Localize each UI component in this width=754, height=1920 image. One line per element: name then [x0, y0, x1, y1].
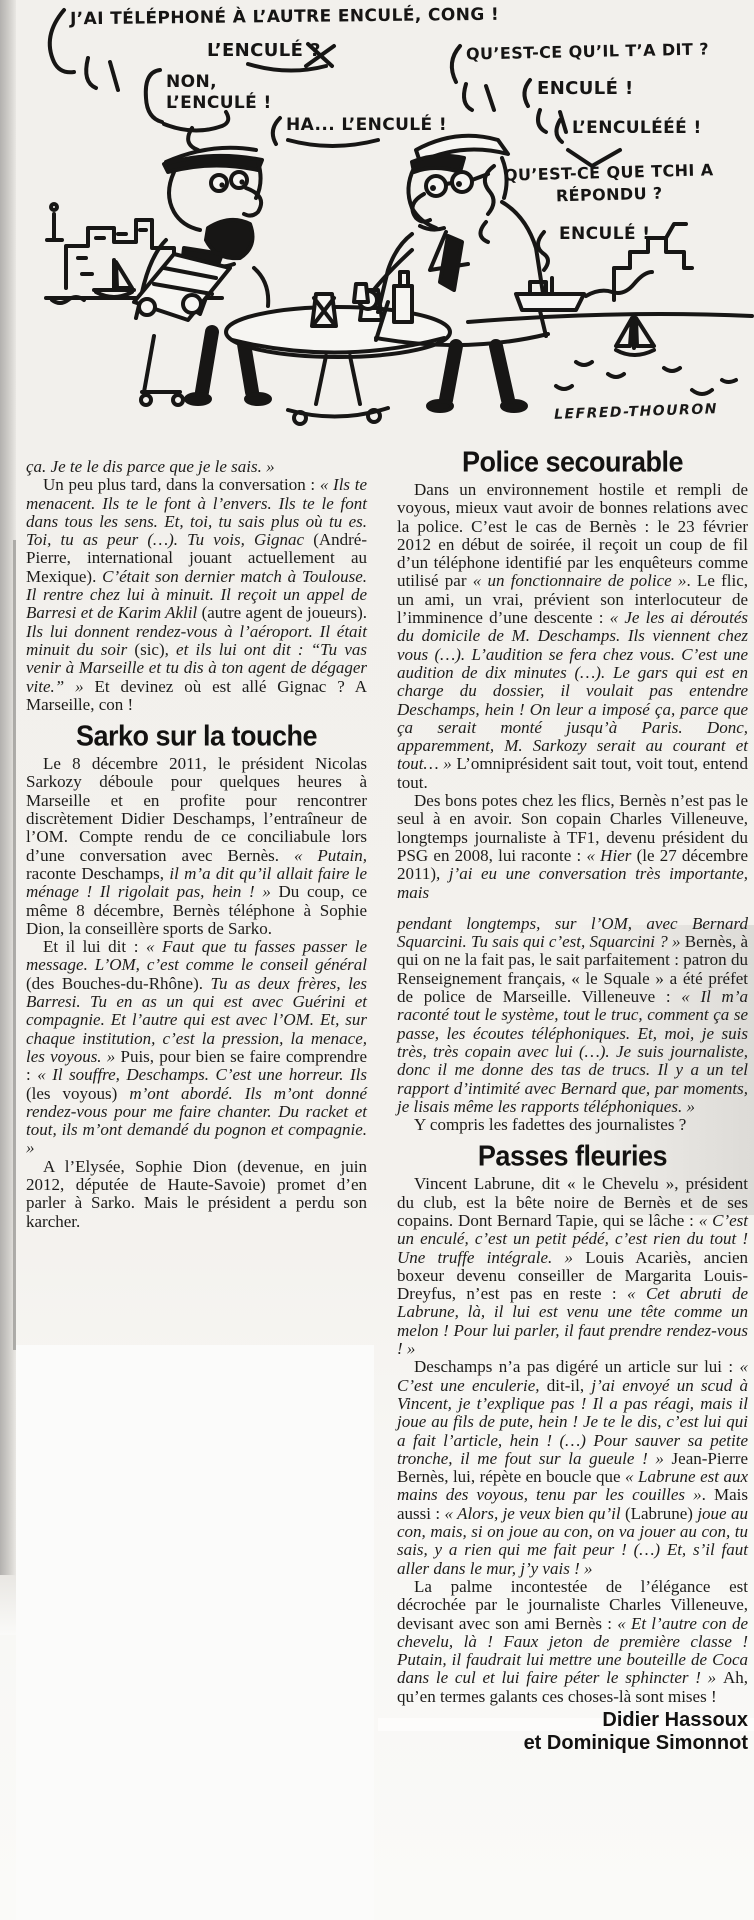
speech-bubble: L’ENCULÉÉÉ ! — [572, 118, 702, 138]
text-segment: « Il m’a raconté tout le système, tout l… — [397, 987, 748, 1116]
text-segment: « Alors, je veux bien qu’il — [445, 1504, 625, 1523]
harbor-right — [468, 224, 752, 394]
text-segment: A l’Elysée, Sophie Dion (devenue, en jui… — [26, 1157, 367, 1231]
text-segment: « un fonctionnaire de police » — [473, 571, 687, 590]
left-column: ça. Je te le dis parce que je le sais. »… — [26, 458, 367, 1231]
speech-bubble: L’ENCULÉ ? — [207, 40, 321, 61]
text-segment: raconte Deschamps, — [26, 864, 169, 883]
speech-bubble: HA... L’ENCULÉ ! — [286, 115, 447, 135]
text-segment: (autre agent de joueurs). — [202, 603, 367, 622]
article-paragraph: Le 8 décembre 2011, le président Nicolas… — [26, 755, 367, 938]
text-segment: Un peu plus tard, dans la conversation : — [43, 475, 320, 494]
article-paragraph: ça. Je te le dis parce que je le sais. » — [26, 458, 367, 476]
cartoon-drawing — [16, 0, 754, 440]
text-segment: ça. Je te le dis parce que je le sais. » — [26, 457, 275, 476]
byline: Didier Hassouxet Dominique Simonnot — [397, 1709, 748, 1755]
text-segment: (des Bouches-du-Rhône). — [26, 974, 211, 993]
text-segment: (les voyous) — [26, 1084, 129, 1103]
text-segment: Y compris les fadettes des journalistes … — [414, 1115, 686, 1134]
article-paragraph: Et il lui dit : « Faut que tu fasses pas… — [26, 938, 367, 1158]
article-paragraph: La palme incontestée de l’élégance est d… — [397, 1578, 748, 1706]
byline-author: Didier Hassoux — [397, 1709, 748, 1732]
cartoon-left-figure — [134, 148, 270, 405]
text-segment: dit-il, — [547, 1376, 592, 1395]
article-paragraph: Un peu plus tard, dans la conversation :… — [26, 476, 367, 714]
article-paragraph: A l’Elysée, Sophie Dion (devenue, en jui… — [26, 1158, 367, 1231]
article-paragraph: Vincent Labrune, dit « le Chevelu », pré… — [397, 1175, 748, 1358]
right-column: Police secourableDans un environnement h… — [397, 440, 748, 1755]
speech-bubble: ENCULÉ ! — [559, 224, 650, 244]
section-heading: Sarko sur la touche — [26, 721, 367, 750]
scan-edge-fade — [0, 1575, 16, 1635]
scan-edge-line — [13, 540, 16, 1350]
blank-paper-area — [16, 1345, 374, 1920]
article-paragraph: pendant longtemps, sur l’OM, avec Bernar… — [397, 915, 748, 1116]
article-paragraph: Dans un environnement hostile et rempli … — [397, 481, 748, 792]
text-segment: Deschamps n’a pas digéré un article sur … — [414, 1357, 740, 1376]
section-heading: Passes fleuries — [397, 1142, 748, 1171]
text-segment: « Hier — [586, 846, 636, 865]
newspaper-page: J’AI TÉLÉPHONÉ À L’AUTRE ENCULÉ, CONG ! … — [0, 0, 754, 1920]
editorial-cartoon: J’AI TÉLÉPHONÉ À L’AUTRE ENCULÉ, CONG ! … — [16, 0, 754, 440]
text-segment: (sic) — [134, 640, 164, 659]
byline-author: et Dominique Simonnot — [397, 1732, 748, 1755]
text-segment: « Putain, — [294, 846, 367, 865]
section-heading: Police secourable — [397, 447, 748, 476]
speech-bubble: NON, L’ENCULÉ ! — [166, 72, 272, 114]
text-segment: , j’ai eu une conversation très importan… — [397, 864, 748, 901]
article-paragraph: Deschamps n’a pas digéré un article sur … — [397, 1358, 748, 1578]
text-segment: Vincent Labrune, dit « le Chevelu », pré… — [397, 1174, 748, 1230]
speech-bubble: ENCULÉ ! — [537, 78, 634, 99]
text-segment: « Il souffre, Deschamps. C’est une horre… — [37, 1065, 367, 1084]
article-paragraph: Y compris les fadettes des journalistes … — [397, 1116, 748, 1134]
text-segment: Et il lui dit : — [43, 937, 146, 956]
speech-bubble: QU’EST-CE QUE TCHI A RÉPONDU ? — [499, 159, 718, 209]
article-paragraph: Des bons potes chez les flics, Bernès n’… — [397, 792, 748, 902]
text-segment: « Je les ai déroutés du domicile de M. D… — [397, 608, 748, 773]
text-segment: (Labrune) — [625, 1504, 697, 1523]
